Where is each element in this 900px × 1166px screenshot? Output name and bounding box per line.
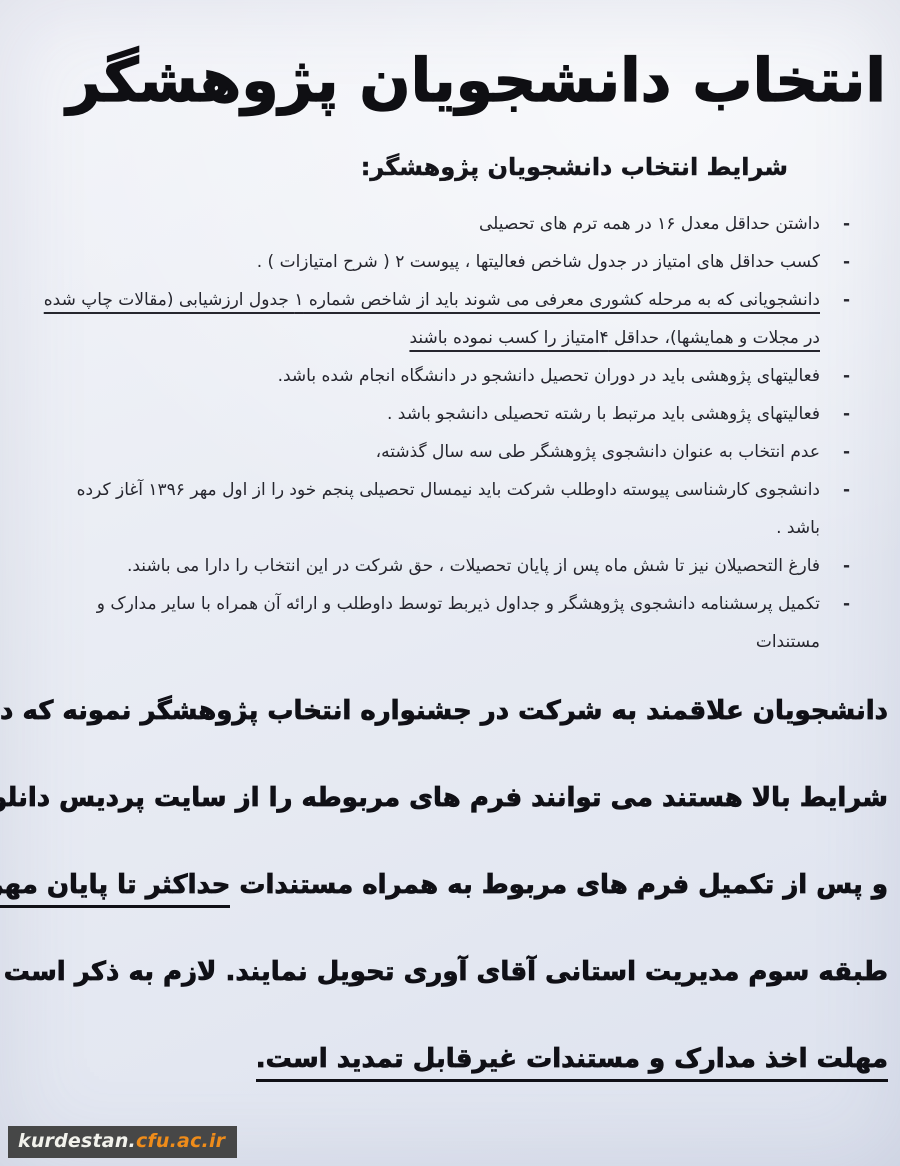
condition-item: فعالیتهای پژوهشی باید مرتبط با رشته تحصی… [40, 395, 854, 433]
condition-text: داشتن حداقل معدل ۱۶ در همه ترم های تحصیل… [479, 214, 820, 234]
announcement-line-3-text: و پس از تکمیل فرم های مربوط به همراه مست… [230, 870, 888, 900]
watermark-site: kurdestan. [18, 1130, 136, 1152]
condition-text: فعالیتهای پژوهشی باید در دوران تحصیل دان… [278, 366, 820, 386]
announcement-line-2: شرایط بالا هستند می توانند فرم های مربوط… [8, 778, 888, 818]
announcement-line-1: دانشجویان علاقمند به شرکت در جشنواره انت… [8, 691, 888, 731]
condition-text: دانشجوی کارشناسی پیوسته داوطلب شرکت باید… [77, 480, 820, 538]
condition-item: داشتن حداقل معدل ۱۶ در همه ترم های تحصیل… [40, 205, 854, 243]
condition-item: دانشجویانی که به مرحله کشوری معرفی می شو… [40, 281, 854, 357]
announcement-line-3: و پس از تکمیل فرم های مربوط به همراه مست… [8, 865, 888, 905]
conditions-list: داشتن حداقل معدل ۱۶ در همه ترم های تحصیل… [40, 205, 854, 661]
condition-item: فارغ التحصیلان نیز تا شش ماه پس از پایان… [40, 547, 854, 585]
condition-text: فارغ التحصیلان نیز تا شش ماه پس از پایان… [127, 556, 820, 576]
announcement-line-4: طبقه سوم مدیریت استانی آقای آوری تحویل ن… [8, 952, 888, 992]
condition-item: دانشجوی کارشناسی پیوسته داوطلب شرکت باید… [40, 471, 854, 547]
condition-item: فعالیتهای پژوهشی باید در دوران تحصیل دان… [40, 357, 854, 395]
condition-text: تکمیل پرسشنامه دانشجوی پژوهشگر و جداول ذ… [97, 594, 820, 652]
condition-item: تکمیل پرسشنامه دانشجوی پژوهشگر و جداول ذ… [40, 585, 854, 661]
deadline-underlined-text: حداکثر تا پایان مهرماه به [0, 870, 230, 908]
condition-text: عدم انتخاب به عنوان دانشجوی پژوهشگر طی س… [376, 442, 820, 462]
condition-text: کسب حداقل های امتیاز در جدول شاخص فعالیت… [257, 252, 820, 272]
condition-text: فعالیتهای پژوهشی باید مرتبط با رشته تحصی… [387, 404, 820, 424]
condition-item: کسب حداقل های امتیاز در جدول شاخص فعالیت… [40, 243, 854, 281]
watermark-domain: cfu.ac.ir [136, 1130, 225, 1152]
announcement-line-5: مهلت اخذ مدارک و مستندات غیرقابل تمدید ا… [8, 1039, 888, 1079]
no-extension-underlined-text: مهلت اخذ مدارک و مستندات غیرقابل تمدید ا… [256, 1044, 888, 1082]
conditions-heading: شرایط انتخاب دانشجویان پژوهشگر: [0, 153, 788, 181]
condition-text-underlined: دانشجویانی که به مرحله کشوری معرفی می شو… [44, 290, 820, 348]
watermark: kurdestan.cfu.ac.ir [8, 1126, 237, 1158]
document-title: انتخاب دانشجویان پژوهشگر [0, 44, 886, 119]
condition-item: عدم انتخاب به عنوان دانشجوی پژوهشگر طی س… [40, 433, 854, 471]
document-page: انتخاب دانشجویان پژوهشگر شرایط انتخاب دا… [0, 0, 900, 1166]
announcement-paragraph: دانشجویان علاقمند به شرکت در جشنواره انت… [8, 691, 888, 1079]
